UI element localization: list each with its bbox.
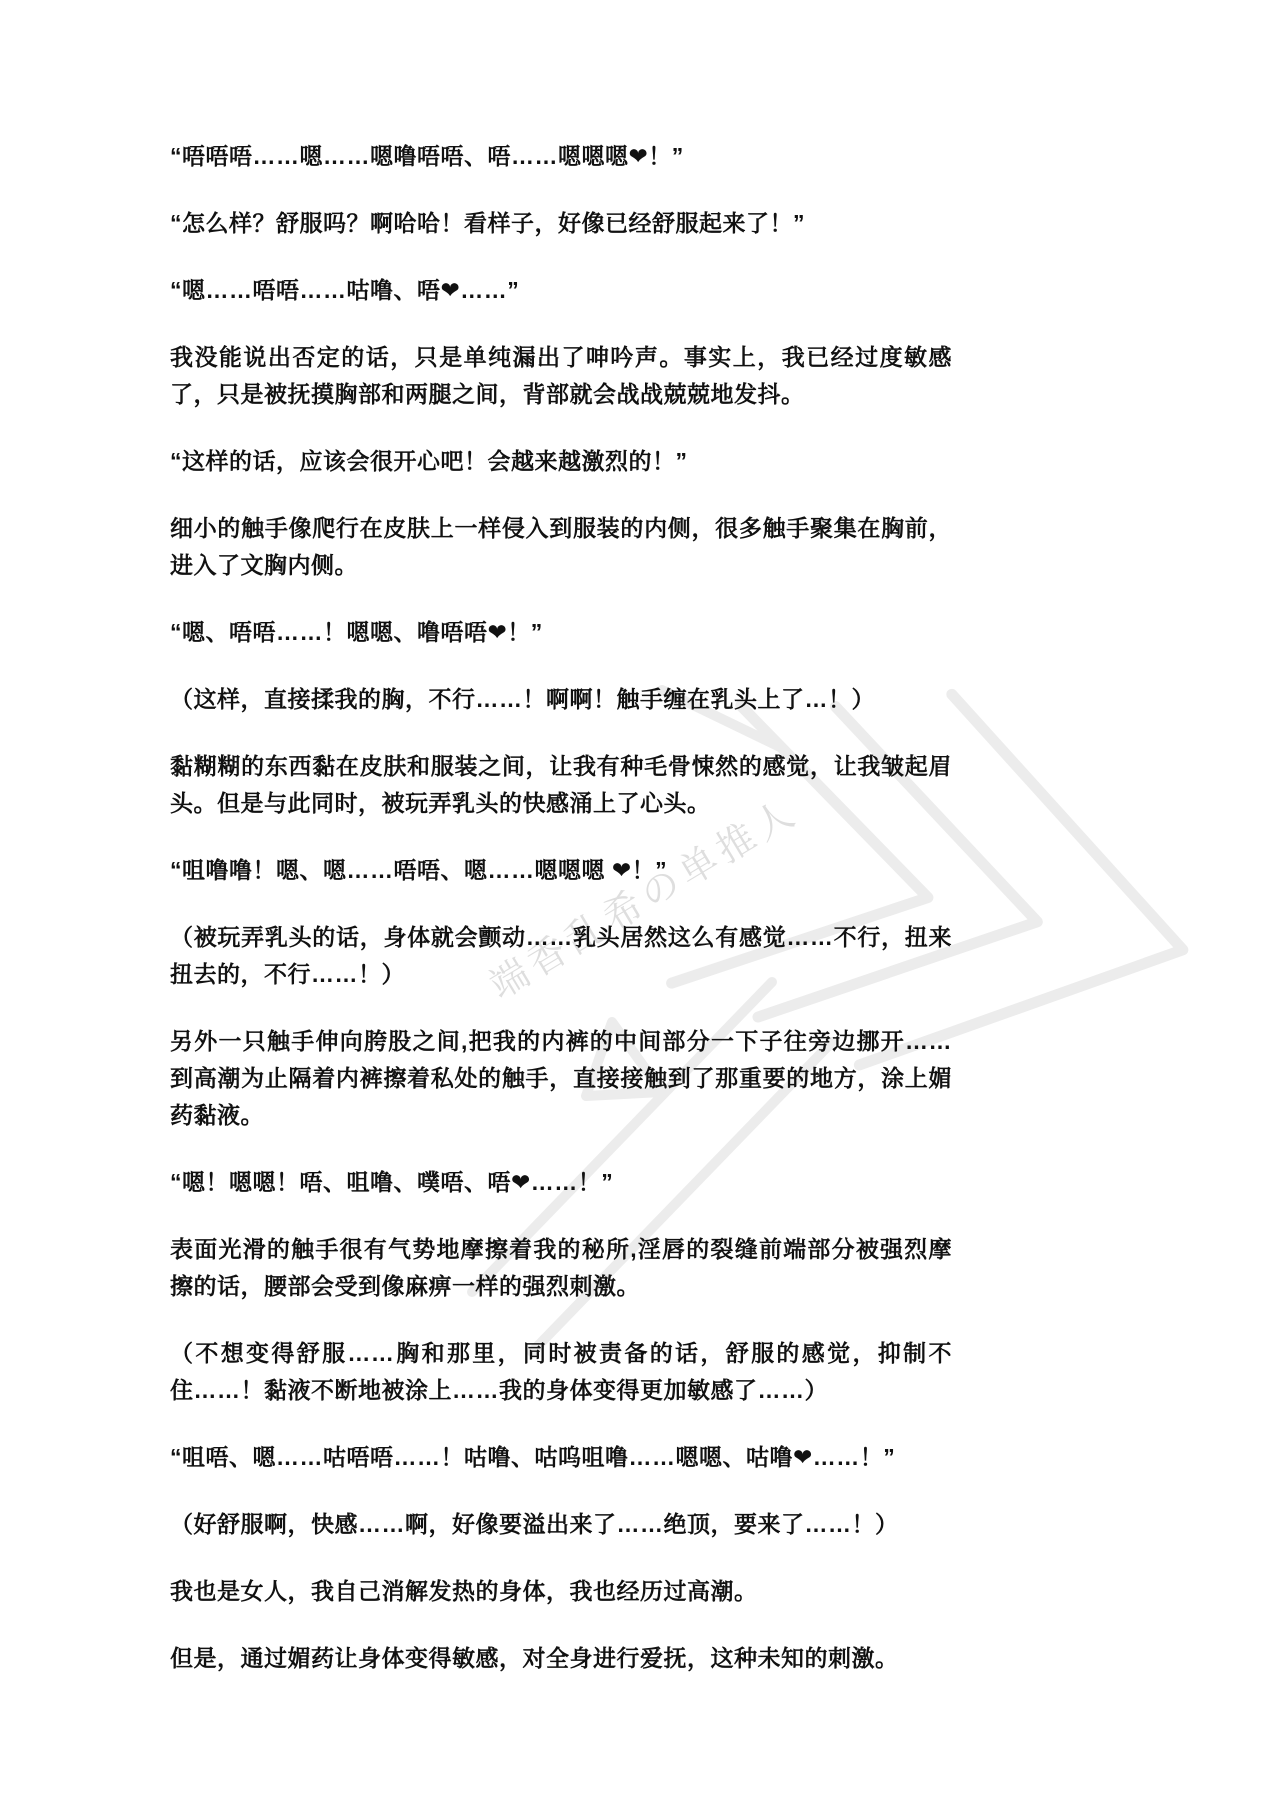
paragraph-9: 黏糊糊的东西黏在皮肤和服装之间，让我有种毛骨悚然的感觉，让我皱起眉头。但是与此同…	[170, 748, 952, 822]
page-content: “唔唔唔……嗯……嗯噜唔唔、唔……嗯嗯嗯❤！”“怎么样？舒服吗？啊哈哈！看样子，…	[170, 138, 952, 1677]
paragraph-5: “这样的话，应该会很开心吧！会越来越激烈的！”	[170, 443, 952, 480]
paragraph-10: “咀噜噜！嗯、嗯……唔唔、嗯……嗯嗯嗯 ❤！”	[170, 852, 952, 889]
paragraph-3: “嗯……唔唔……咕噜、唔❤……”	[170, 272, 952, 309]
document-page: 端香乱希の单推人 “唔唔唔……嗯……嗯噜唔唔、唔……嗯嗯嗯❤！”“怎么样？舒服吗…	[0, 0, 1280, 1810]
paragraph-4: 我没能说出否定的话，只是单纯漏出了呻吟声。事实上，我已经过度敏感了，只是被抚摸胸…	[170, 339, 952, 413]
paragraph-17: （好舒服啊，快感……啊，好像要溢出来了……绝顶，要来了……！）	[170, 1506, 952, 1543]
paragraph-12: 另外一只触手伸向胯股之间,把我的内裤的中间部分一下子往旁边挪开……到高潮为止隔着…	[170, 1023, 952, 1134]
paragraph-7: “嗯、唔唔……！嗯嗯、噜唔唔❤！”	[170, 614, 952, 651]
paragraph-11: （被玩弄乳头的话，身体就会颤动……乳头居然这么有感觉……不行，扭来扭去的，不行……	[170, 919, 952, 993]
paragraph-6: 细小的触手像爬行在皮肤上一样侵入到服装的内侧，很多触手聚集在胸前，进入了文胸内侧…	[170, 510, 952, 584]
paragraph-16: “咀唔、嗯……咕唔唔……！咕噜、咕呜咀噜……嗯嗯、咕噜❤……！”	[170, 1439, 952, 1476]
paragraph-18: 我也是女人，我自己消解发热的身体，我也经历过高潮。	[170, 1573, 952, 1610]
paragraph-14: 表面光滑的触手很有气势地摩擦着我的秘所,淫唇的裂缝前端部分被强烈摩擦的话，腰部会…	[170, 1231, 952, 1305]
paragraph-8: （这样，直接揉我的胸，不行……！啊啊！触手缠在乳头上了…！）	[170, 681, 952, 718]
paragraph-13: “嗯！嗯嗯！唔、咀噜、噗唔、唔❤……！”	[170, 1164, 952, 1201]
paragraph-2: “怎么样？舒服吗？啊哈哈！看样子，好像已经舒服起来了！”	[170, 205, 952, 242]
paragraph-19: 但是，通过媚药让身体变得敏感，对全身进行爱抚，这种未知的刺激。	[170, 1640, 952, 1677]
paragraph-1: “唔唔唔……嗯……嗯噜唔唔、唔……嗯嗯嗯❤！”	[170, 138, 952, 175]
paragraph-15: （不想变得舒服……胸和那里，同时被责备的话，舒服的感觉，抑制不住……！黏液不断地…	[170, 1335, 952, 1409]
